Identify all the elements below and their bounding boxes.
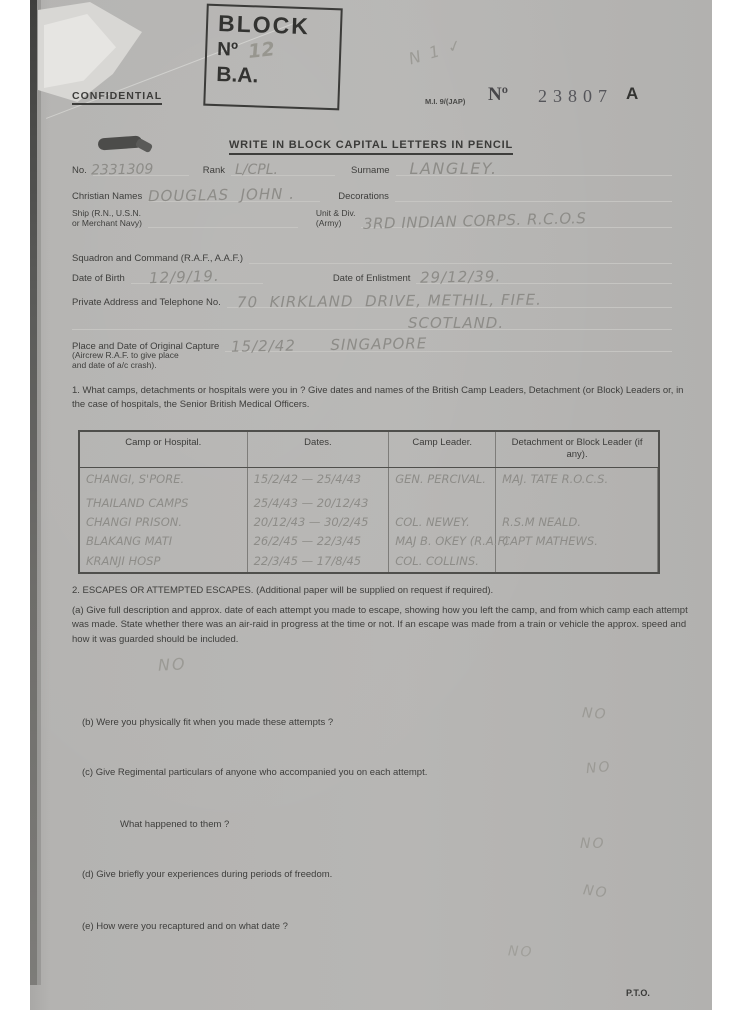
- table-row: BLAKANG MATI 26/2/45 — 22/3/45 MAJ B. OK…: [80, 534, 658, 548]
- cell-dates: 15/2/42 — 25/4/43: [248, 472, 390, 486]
- enlistment-label: Date of Enlistment: [333, 273, 417, 284]
- serial-number: 23807: [538, 86, 613, 107]
- block-number-stamp: BLOCK Nº 12 B.A.: [203, 4, 342, 111]
- surname-value: LANGLEY.: [410, 159, 498, 178]
- header-dates: Dates.: [248, 432, 390, 467]
- question-2e-text: (e) How were you recaptured and on what …: [82, 920, 696, 934]
- cell-detachment: R.S.M NEALD.: [496, 515, 658, 529]
- table-row: CHANGI, S'PORE. 15/2/42 — 25/4/43 GEN. P…: [80, 472, 658, 486]
- pto-label: P.T.O.: [626, 988, 650, 998]
- row-ship-unit: Ship (R.N., U.S.N. or Merchant Navy) Uni…: [72, 208, 672, 228]
- camps-table: Camp or Hospital. Dates. Camp Leader. De…: [78, 430, 660, 574]
- capture-line: 15/2/42 SINGAPORE: [225, 336, 672, 352]
- table-row: THAILAND CAMPS 25/4/43 — 20/12/43: [80, 496, 658, 510]
- answer-2d: NO: [582, 882, 609, 901]
- header-camp-or-hospital: Camp or Hospital.: [80, 432, 248, 467]
- header-detachment-leader: Detachment or Block Leader (if any).: [496, 432, 658, 467]
- stamp-no-label: Nº: [217, 39, 238, 62]
- cell-dates: 22/3/45 — 17/8/45: [248, 554, 390, 568]
- rank-line: L/CPL.: [231, 160, 335, 176]
- capture-label-line3: and date of a/c crash).: [72, 360, 157, 370]
- cell-camp: CHANGI, S'PORE.: [80, 472, 248, 486]
- section-2-heading: 2. ESCAPES OR ATTEMPTED ESCAPES. (Additi…: [72, 584, 686, 598]
- ship-label-line1: Ship (R.N., U.S.N.: [72, 208, 141, 218]
- form-title: WRITE IN BLOCK CAPITAL LETTERS IN PENCIL: [229, 139, 513, 155]
- row-address: Private Address and Telephone No. 70 KIR…: [72, 292, 672, 308]
- answer-2b: NO: [581, 705, 608, 723]
- confidential-label: CONFIDENTIAL: [72, 90, 162, 105]
- cell-leader: GEN. PERCIVAL.: [389, 472, 496, 486]
- cell-leader: [389, 496, 496, 510]
- header-camp-leader: Camp Leader.: [389, 432, 496, 467]
- capture-value: 15/2/42 SINGAPORE: [231, 334, 428, 355]
- row-dob-enlistment: Date of Birth 12/9/19. Date of Enlistmen…: [72, 268, 672, 284]
- squadron-line: [249, 248, 672, 264]
- surname-line: LANGLEY.: [396, 160, 672, 176]
- cell-camp: BLAKANG MATI: [80, 534, 248, 548]
- question-2c-followup-text: What happened to them ?: [120, 818, 734, 832]
- row-no-rank-surname: No. 2331309 Rank L/CPL. Surname LANGLEY.: [72, 160, 672, 176]
- serial-suffix: A: [626, 84, 638, 104]
- cell-dates: 26/2/45 — 22/3/45: [248, 534, 390, 548]
- row-christian-decorations: Christian Names DOUGLAS JOHN . Decoratio…: [72, 186, 672, 202]
- question-2d-text: (d) Give briefly your experiences during…: [82, 868, 696, 882]
- address-label: Private Address and Telephone No.: [72, 297, 227, 308]
- decorations-label: Decorations: [338, 191, 395, 202]
- christian-names-label: Christian Names: [72, 191, 148, 202]
- address-line-2: SCOTLAND.: [72, 314, 672, 330]
- no-line: 2331309: [93, 160, 189, 176]
- dob-line: 12/9/19.: [131, 268, 263, 284]
- cell-leader: MAJ B. OKEY (R.A.F): [389, 534, 496, 548]
- answer-2c: NO: [585, 759, 612, 777]
- cell-camp: KRANJI HOSP: [80, 554, 248, 568]
- serial-no-label: Nº: [488, 84, 508, 106]
- cell-detachment: [496, 496, 658, 510]
- surname-label: Surname: [351, 165, 396, 176]
- row-address-2: SCOTLAND.: [72, 314, 672, 330]
- christian-names-line: DOUGLAS JOHN .: [148, 186, 320, 202]
- enlistment-value: 29/12/39.: [420, 267, 501, 286]
- enlistment-line: 29/12/39.: [416, 268, 672, 284]
- answer-2a: NO: [158, 654, 188, 674]
- unit-line: 3RD INDIAN CORPS. R.C.O.S: [361, 212, 672, 228]
- table-row: CHANGI PRISON. 20/12/43 — 30/2/45 COL. N…: [80, 515, 658, 529]
- cell-leader: COL. COLLINS.: [389, 554, 496, 568]
- cell-detachment: CAPT MATHEWS.: [496, 534, 658, 548]
- stamp-block-label: BLOCK: [218, 10, 331, 41]
- dob-label: Date of Birth: [72, 273, 131, 284]
- rank-value: L/CPL.: [235, 162, 278, 178]
- answer-2c-followup: NO: [580, 836, 606, 852]
- christian-names-value: DOUGLAS JOHN .: [148, 185, 295, 206]
- cell-dates: 25/4/43 — 20/12/43: [248, 496, 390, 510]
- ship-label-line2: or Merchant Navy): [72, 218, 142, 228]
- mi9-jap-label: M.I. 9/(JAP): [425, 97, 465, 106]
- address-value-2: SCOTLAND.: [408, 314, 504, 332]
- row-squadron: Squadron and Command (R.A.F., A.A.F.): [72, 248, 672, 264]
- pencil-check-note: N 1 ✓: [406, 35, 465, 69]
- no-label: No.: [72, 165, 93, 176]
- ship-line: [148, 212, 298, 228]
- unit-value: 3RD INDIAN CORPS. R.C.O.S: [363, 209, 587, 233]
- ship-label: Ship (R.N., U.S.N. or Merchant Navy): [72, 208, 148, 228]
- table-row: KRANJI HOSP 22/3/45 — 17/8/45 COL. COLLI…: [80, 554, 658, 568]
- dob-value: 12/9/19.: [149, 267, 220, 287]
- unit-label: Unit & Div. (Army): [316, 208, 362, 228]
- cell-camp: CHANGI PRISON.: [80, 515, 248, 529]
- scanned-form-page: CONFIDENTIAL BLOCK Nº 12 B.A. N 1 ✓ M.I.…: [30, 0, 712, 1010]
- answer-2e: NO: [508, 943, 534, 960]
- address-line: 70 KIRKLAND DRIVE, METHIL, FIFE.: [227, 292, 672, 308]
- unit-label-line2: (Army): [316, 218, 342, 228]
- question-1-text: 1. What camps, detachments or hospitals …: [72, 384, 686, 413]
- no-value: 2331309: [91, 161, 154, 178]
- camps-table-header: Camp or Hospital. Dates. Camp Leader. De…: [80, 432, 658, 468]
- stamp-ba-label: B.A.: [216, 63, 329, 91]
- rank-label: Rank: [203, 165, 231, 176]
- cell-leader: COL. NEWEY.: [389, 515, 496, 529]
- cell-camp: THAILAND CAMPS: [80, 496, 248, 510]
- question-2a-text: (a) Give full description and approx. da…: [72, 604, 690, 647]
- camps-table-body: CHANGI, S'PORE. 15/2/42 — 25/4/43 GEN. P…: [80, 468, 658, 572]
- decorations-line: [395, 186, 672, 202]
- capture-label-line2: (Aircrew R.A.F. to give place: [72, 350, 179, 360]
- unit-label-line1: Unit & Div.: [316, 208, 356, 218]
- address-value: 70 KIRKLAND DRIVE, METHIL, FIFE.: [237, 291, 542, 312]
- cell-detachment: MAJ. TATE R.O.C.S.: [496, 472, 658, 486]
- cell-dates: 20/12/43 — 30/2/45: [248, 515, 390, 529]
- stamp-block-number-value: 12: [247, 38, 276, 63]
- squadron-label: Squadron and Command (R.A.F., A.A.F.): [72, 253, 249, 264]
- cell-detachment: [496, 554, 658, 568]
